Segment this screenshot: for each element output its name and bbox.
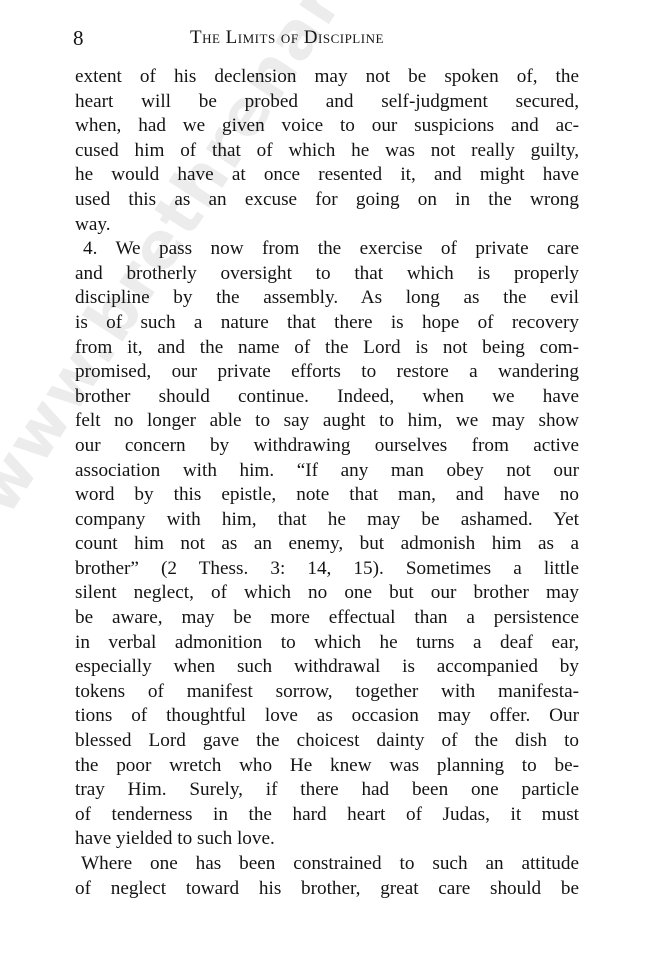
body-text: extent of his declension may not be spok… <box>75 65 579 901</box>
text-line: promised, our private efforts to restore… <box>75 360 579 385</box>
text-line: be aware, may be more effectual than a p… <box>75 606 579 631</box>
page-number: 8 <box>73 26 84 50</box>
text-line: in verbal admonition to which he turns a… <box>75 631 579 656</box>
text-line: tray Him. Surely, if there had been one … <box>75 778 579 803</box>
text-line: blessed Lord gave the choicest dainty of… <box>75 729 579 754</box>
text-line: felt no longer able to say aught to him,… <box>75 409 579 434</box>
text-line: way. <box>75 213 579 238</box>
text-line: extent of his declension may not be spok… <box>75 65 579 90</box>
text-line: our concern by withdrawing ourselves fro… <box>75 434 579 459</box>
text-line: association with him. “If any man obey n… <box>75 459 579 484</box>
chapter-title: The Limits of Discipline <box>190 26 384 50</box>
text-line: have yielded to such love. <box>75 827 579 852</box>
text-line: from it, and the name of the Lord is not… <box>75 336 579 361</box>
text-line: he would have at once resented it, and m… <box>75 163 579 188</box>
text-line: brother” (2 Thess. 3: 14, 15). Sometimes… <box>75 557 579 582</box>
text-line: company with him, that he may be ashamed… <box>75 508 579 533</box>
text-line: cused him of that of which he was not re… <box>75 139 579 164</box>
text-line: used this as an excuse for going on in t… <box>75 188 579 213</box>
text-line: is of such a nature that there is hope o… <box>75 311 579 336</box>
text-line: word by this epistle, note that man, and… <box>75 483 579 508</box>
text-line: the poor wretch who He knew was planning… <box>75 754 579 779</box>
text-line: brother should continue. Indeed, when we… <box>75 385 579 410</box>
text-line: heart will be probed and self-judgment s… <box>75 90 579 115</box>
running-head: 8 The Limits of Discipline <box>73 26 578 50</box>
text-line: silent neglect, of which no one but our … <box>75 581 579 606</box>
text-line: of tenderness in the hard heart of Judas… <box>75 803 579 828</box>
text-line: of neglect toward his brother, great car… <box>75 877 579 902</box>
text-line: when, had we given voice to our suspicio… <box>75 114 579 139</box>
paragraph-start: 4. We pass now from the exercise of priv… <box>75 237 579 262</box>
text-line: count him not as an enemy, but admonish … <box>75 532 579 557</box>
text-line: tokens of manifest sorrow, together with… <box>75 680 579 705</box>
text-line: and brotherly oversight to that which is… <box>75 262 579 287</box>
text-line: tions of thoughtful love as occasion may… <box>75 704 579 729</box>
paragraph-start: Where one has been constrained to such a… <box>75 852 579 877</box>
text-line: discipline by the assembly. As long as t… <box>75 286 579 311</box>
book-page: www.brethrenarchive.org 8 The Limits of … <box>0 0 650 962</box>
text-line: especially when such withdrawal is accom… <box>75 655 579 680</box>
